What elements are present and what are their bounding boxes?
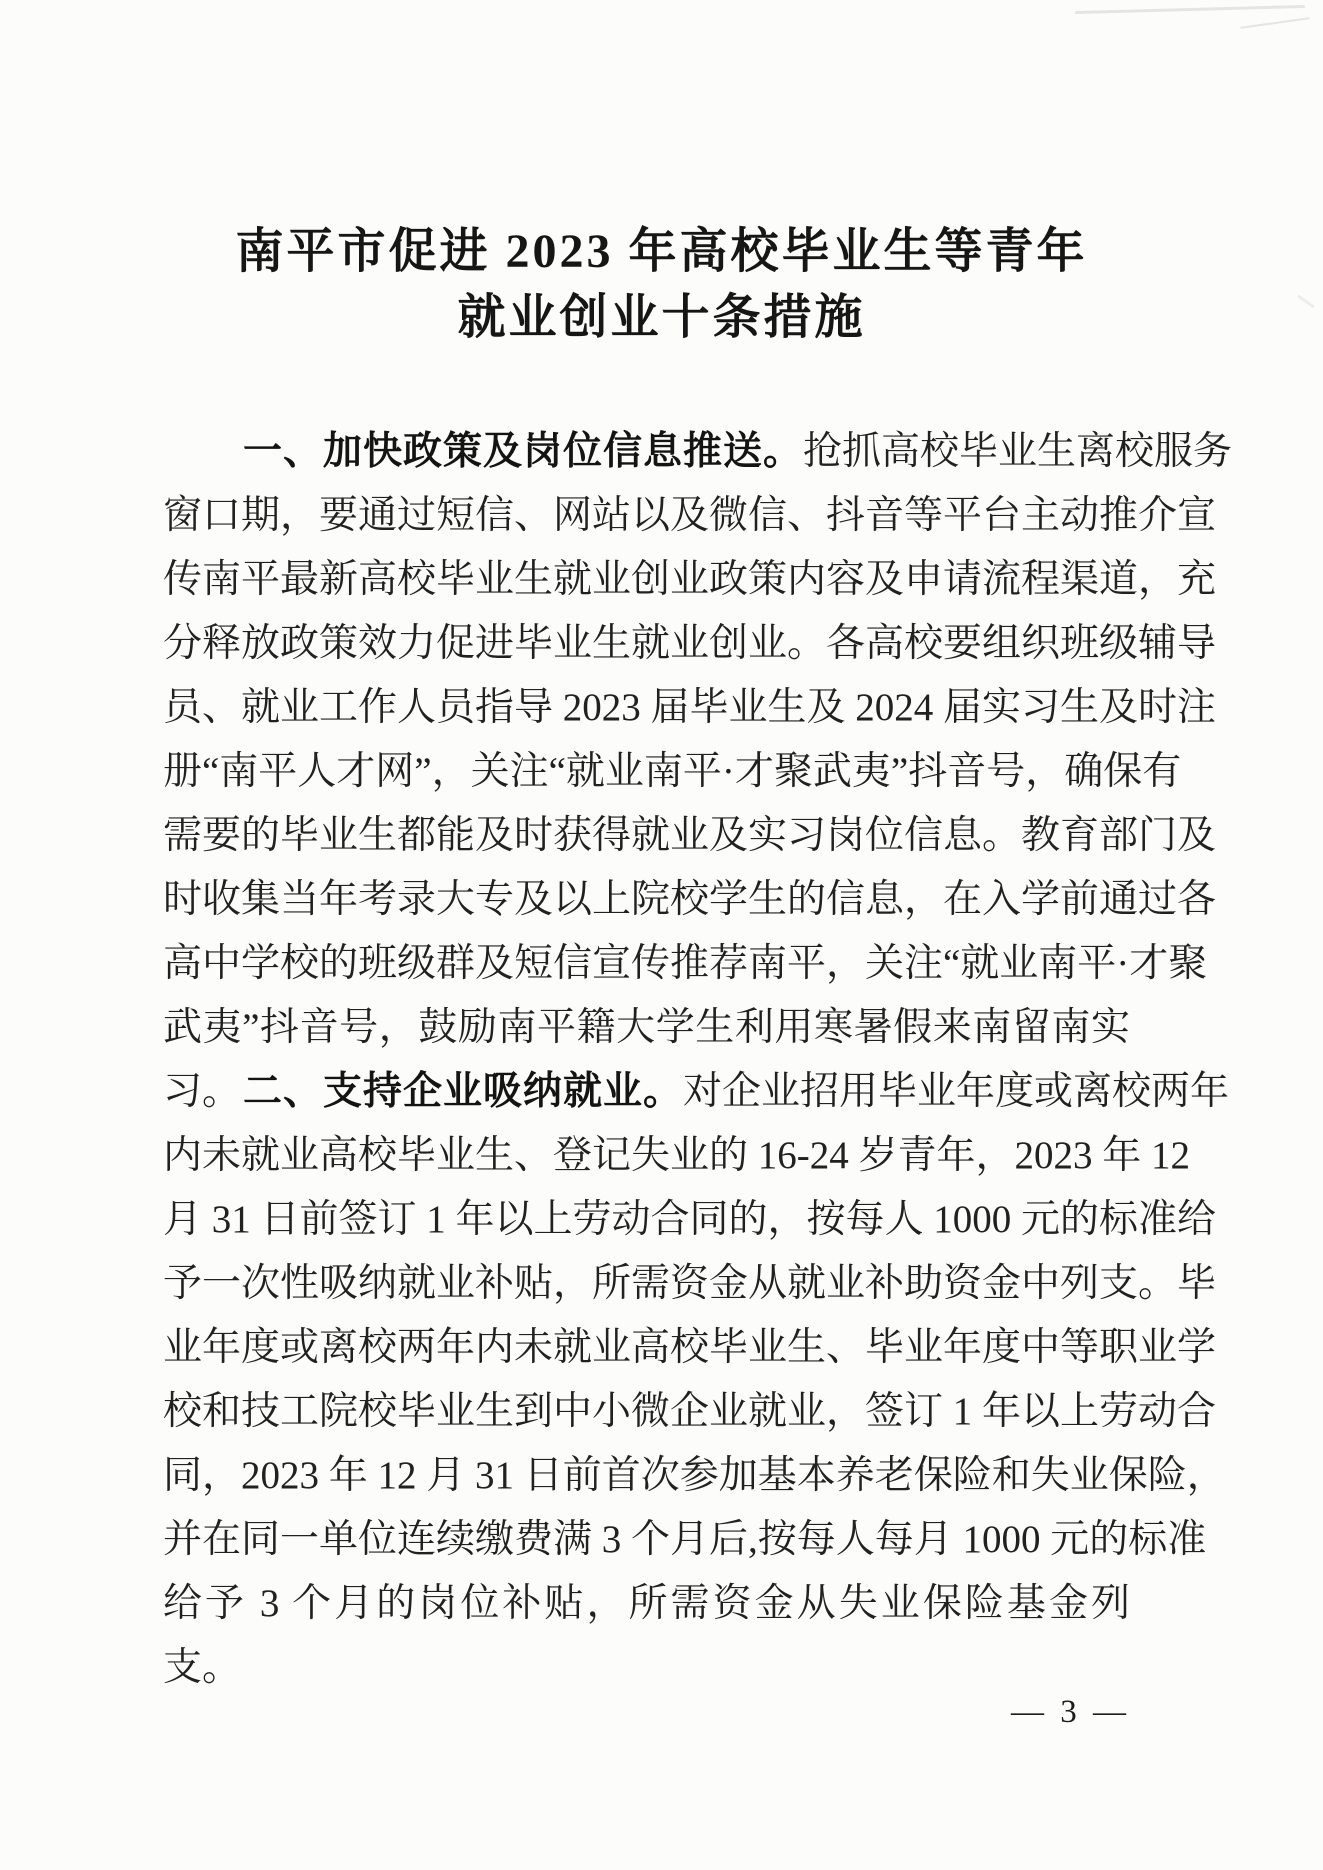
page-number: — 3 — bbox=[1011, 1694, 1130, 1731]
scan-artifact bbox=[1075, 5, 1305, 14]
paragraph-2-heading: 二、支持企业吸纳就业。 bbox=[243, 1070, 683, 1113]
paragraph-2-line-1-text: 对企业招用毕业年度或离校两年 bbox=[683, 1070, 1229, 1113]
paragraph-1-line-4: 分释放政策效力促进毕业生就业创业。各高校要组织班级辅导 bbox=[163, 612, 1130, 676]
document-title: 南平市促进 2023 年高校毕业生等青年 就业创业十条措施 bbox=[0, 219, 1323, 351]
scan-artifact bbox=[1240, 17, 1310, 29]
paragraph-1-line-2: 窗口期，要通过短信、网站以及微信、抖音等平台主动推介宣 bbox=[163, 484, 1130, 548]
paragraph-2-line-4: 予一次性吸纳就业补贴，所需资金从就业补助资金中列支。毕 bbox=[163, 1252, 1130, 1316]
paragraph-2-line-1: 二、支持企业吸纳就业。对企业招用毕业年度或离校两年 bbox=[163, 1060, 1130, 1124]
paragraph-2-line-6: 校和技工院校毕业生到中小微企业就业，签订 1 年以上劳动合 bbox=[163, 1380, 1130, 1444]
paragraph-2-line-9: 给予 3 个月的岗位补贴，所需资金从失业保险基金列支。 bbox=[163, 1572, 1130, 1636]
document-title-line-1: 南平市促进 2023 年高校毕业生等青年 bbox=[0, 219, 1323, 285]
paragraph-2-line-3: 月 31 日前签订 1 年以上劳动合同的，按每人 1000 元的标准给 bbox=[163, 1188, 1130, 1252]
paragraph-2-line-2: 内未就业高校毕业生、登记失业的 16-24 岁青年，2023 年 12 bbox=[163, 1124, 1130, 1188]
paragraph-1-line-1-text: 抢抓高校毕业生离校服务 bbox=[803, 430, 1232, 473]
scanned-document-page: 南平市促进 2023 年高校毕业生等青年 就业创业十条措施 一、加快政策及岗位信… bbox=[0, 0, 1323, 1870]
paragraph-1-line-9: 高中学校的班级群及短信宣传推荐南平，关注“就业南平·才聚 bbox=[163, 932, 1130, 996]
document-title-line-2: 就业创业十条措施 bbox=[0, 285, 1323, 351]
paragraph-1-line-5: 员、就业工作人员指导 2023 届毕业生及 2024 届实习生及时注 bbox=[163, 676, 1130, 740]
paragraph-1-line-10: 武夷”抖音号，鼓励南平籍大学生利用寒暑假来南留南实习。 bbox=[163, 996, 1130, 1060]
paragraph-2-line-5: 业年度或离校两年内未就业高校毕业生、毕业年度中等职业学 bbox=[163, 1316, 1130, 1380]
paragraph-1-line-8: 时收集当年考录大专及以上院校学生的信息，在入学前通过各 bbox=[163, 868, 1130, 932]
paragraph-1-line-7: 需要的毕业生都能及时获得就业及实习岗位信息。教育部门及 bbox=[163, 804, 1130, 868]
paragraph-1-heading: 一、加快政策及岗位信息推送。 bbox=[243, 430, 803, 473]
paragraph-1-line-6: 册“南平人才网”，关注“就业南平·才聚武夷”抖音号，确保有 bbox=[163, 740, 1130, 804]
paragraph-2-line-7: 同，2023 年 12 月 31 日前首次参加基本养老保险和失业保险， bbox=[163, 1444, 1130, 1508]
paragraph-2-line-8: 并在同一单位连续缴费满 3 个月后,按每人每月 1000 元的标准 bbox=[163, 1508, 1130, 1572]
paragraph-1-line-3: 传南平最新高校毕业生就业创业政策内容及申请流程渠道，充 bbox=[163, 548, 1130, 612]
document-body: 一、加快政策及岗位信息推送。抢抓高校毕业生离校服务 窗口期，要通过短信、网站以及… bbox=[163, 420, 1130, 1636]
paragraph-1-line-1: 一、加快政策及岗位信息推送。抢抓高校毕业生离校服务 bbox=[163, 420, 1130, 484]
